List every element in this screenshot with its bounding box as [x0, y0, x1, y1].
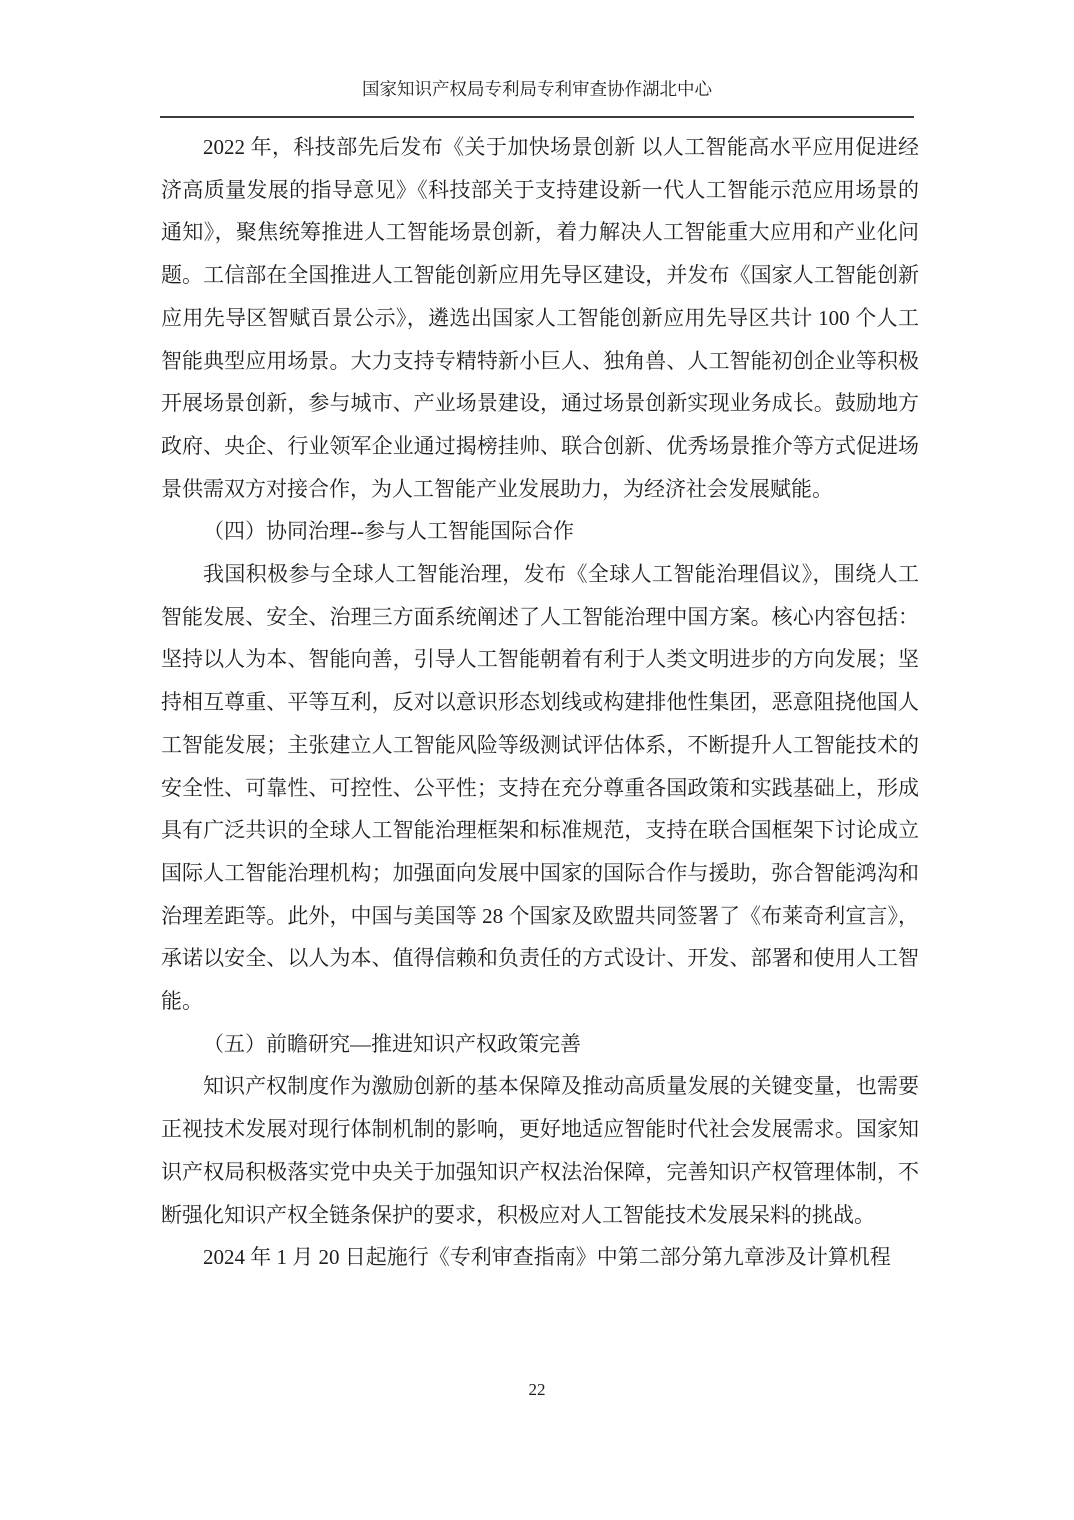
header-rule: [160, 116, 914, 118]
paragraph: 我国积极参与全球人工智能治理，发布《全球人工智能治理倡议》，围绕人工智能发展、安…: [161, 553, 919, 1023]
page-footer: 22: [0, 1380, 1074, 1400]
paragraph: 知识产权制度作为激励创新的基本保障及推动高质量发展的关键变量，也需要正视技术发展…: [161, 1065, 919, 1236]
document-body: 2022 年，科技部先后发布《关于加快场景创新 以人工智能高水平应用促进经济高质…: [161, 126, 919, 1279]
document-page: 国家知识产权局专利局专利审查协作湖北中心 2022 年，科技部先后发布《关于加快…: [0, 0, 1074, 1520]
page-header-title: 国家知识产权局专利局专利审查协作湖北中心: [160, 76, 914, 101]
section-heading: （四）协同治理--参与人工智能国际合作: [161, 510, 919, 553]
page-number: 22: [529, 1380, 546, 1399]
section-heading: （五）前瞻研究—推进知识产权政策完善: [161, 1023, 919, 1066]
paragraph: 2024 年 1 月 20 日起施行《专利审查指南》中第二部分第九章涉及计算机程: [161, 1236, 919, 1279]
paragraph: 2022 年，科技部先后发布《关于加快场景创新 以人工智能高水平应用促进经济高质…: [161, 126, 919, 510]
